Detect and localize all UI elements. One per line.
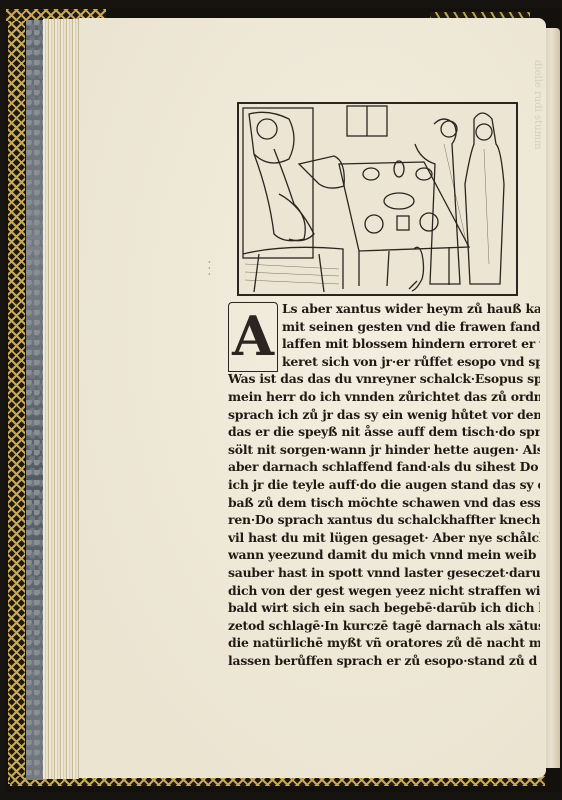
margin-mark: · · · (208, 260, 212, 282)
text-line: sölt nit sorgen·wann jr hinder hette aug… (228, 441, 540, 459)
text-line: lassen berůffen sprach er zů esopo·stand… (228, 652, 540, 670)
text-line: sprach ich zů jr das sy ein wenig hůtet … (228, 406, 540, 424)
text-line: vil hast du mit lügen gesaget· Aber nye … (228, 529, 540, 547)
gilt-border-left (8, 12, 25, 784)
page-edges (43, 19, 79, 779)
text-line: sauber hast in spott vnnd laster gesecze… (228, 564, 540, 582)
page-right-edge (546, 28, 560, 768)
text-line: ren·Do sprach xantus du schalckhaffter k… (228, 511, 540, 529)
text-line: baß zů dem tisch möchte schawen vnd das … (228, 494, 540, 512)
marbled-endpaper (26, 20, 43, 780)
text-line: aber darnach schlaffend fand·als du sihe… (228, 458, 540, 476)
text-line: wann yeezund damit du mich vnnd mein wei… (228, 546, 540, 564)
woodcut-scene-icon (239, 104, 516, 294)
woodcut-illustration (237, 102, 518, 296)
text-line: die natürlichē myßt vñ oratores zů dē na… (228, 634, 540, 652)
text-line: mein herr do ich vnnden zůrichtet das zů… (228, 388, 540, 406)
text-line: zetod schlagē·In kurczē tagē darnach als… (228, 617, 540, 635)
text-line: das er die speyß nit åsse auff dem tisch… (228, 423, 540, 441)
text-line: dich von der gest wegen yeez nicht straf… (228, 582, 540, 600)
text-line: Was ist das das du vnreyner schalck·Esop… (228, 370, 540, 388)
text-line: bald wirt sich ein sach begebē·darūb ich… (228, 599, 540, 617)
text-block: A Ls aber xantus wider heym zů hauß kam … (228, 300, 540, 669)
drop-initial: A (228, 302, 278, 372)
text-line: ich jr die teyle auff·do die augen stand… (228, 476, 540, 494)
bleed-through-text: dielle rudi stumm (525, 60, 545, 320)
scan-viewport: dielle rudi stumm (0, 0, 562, 800)
